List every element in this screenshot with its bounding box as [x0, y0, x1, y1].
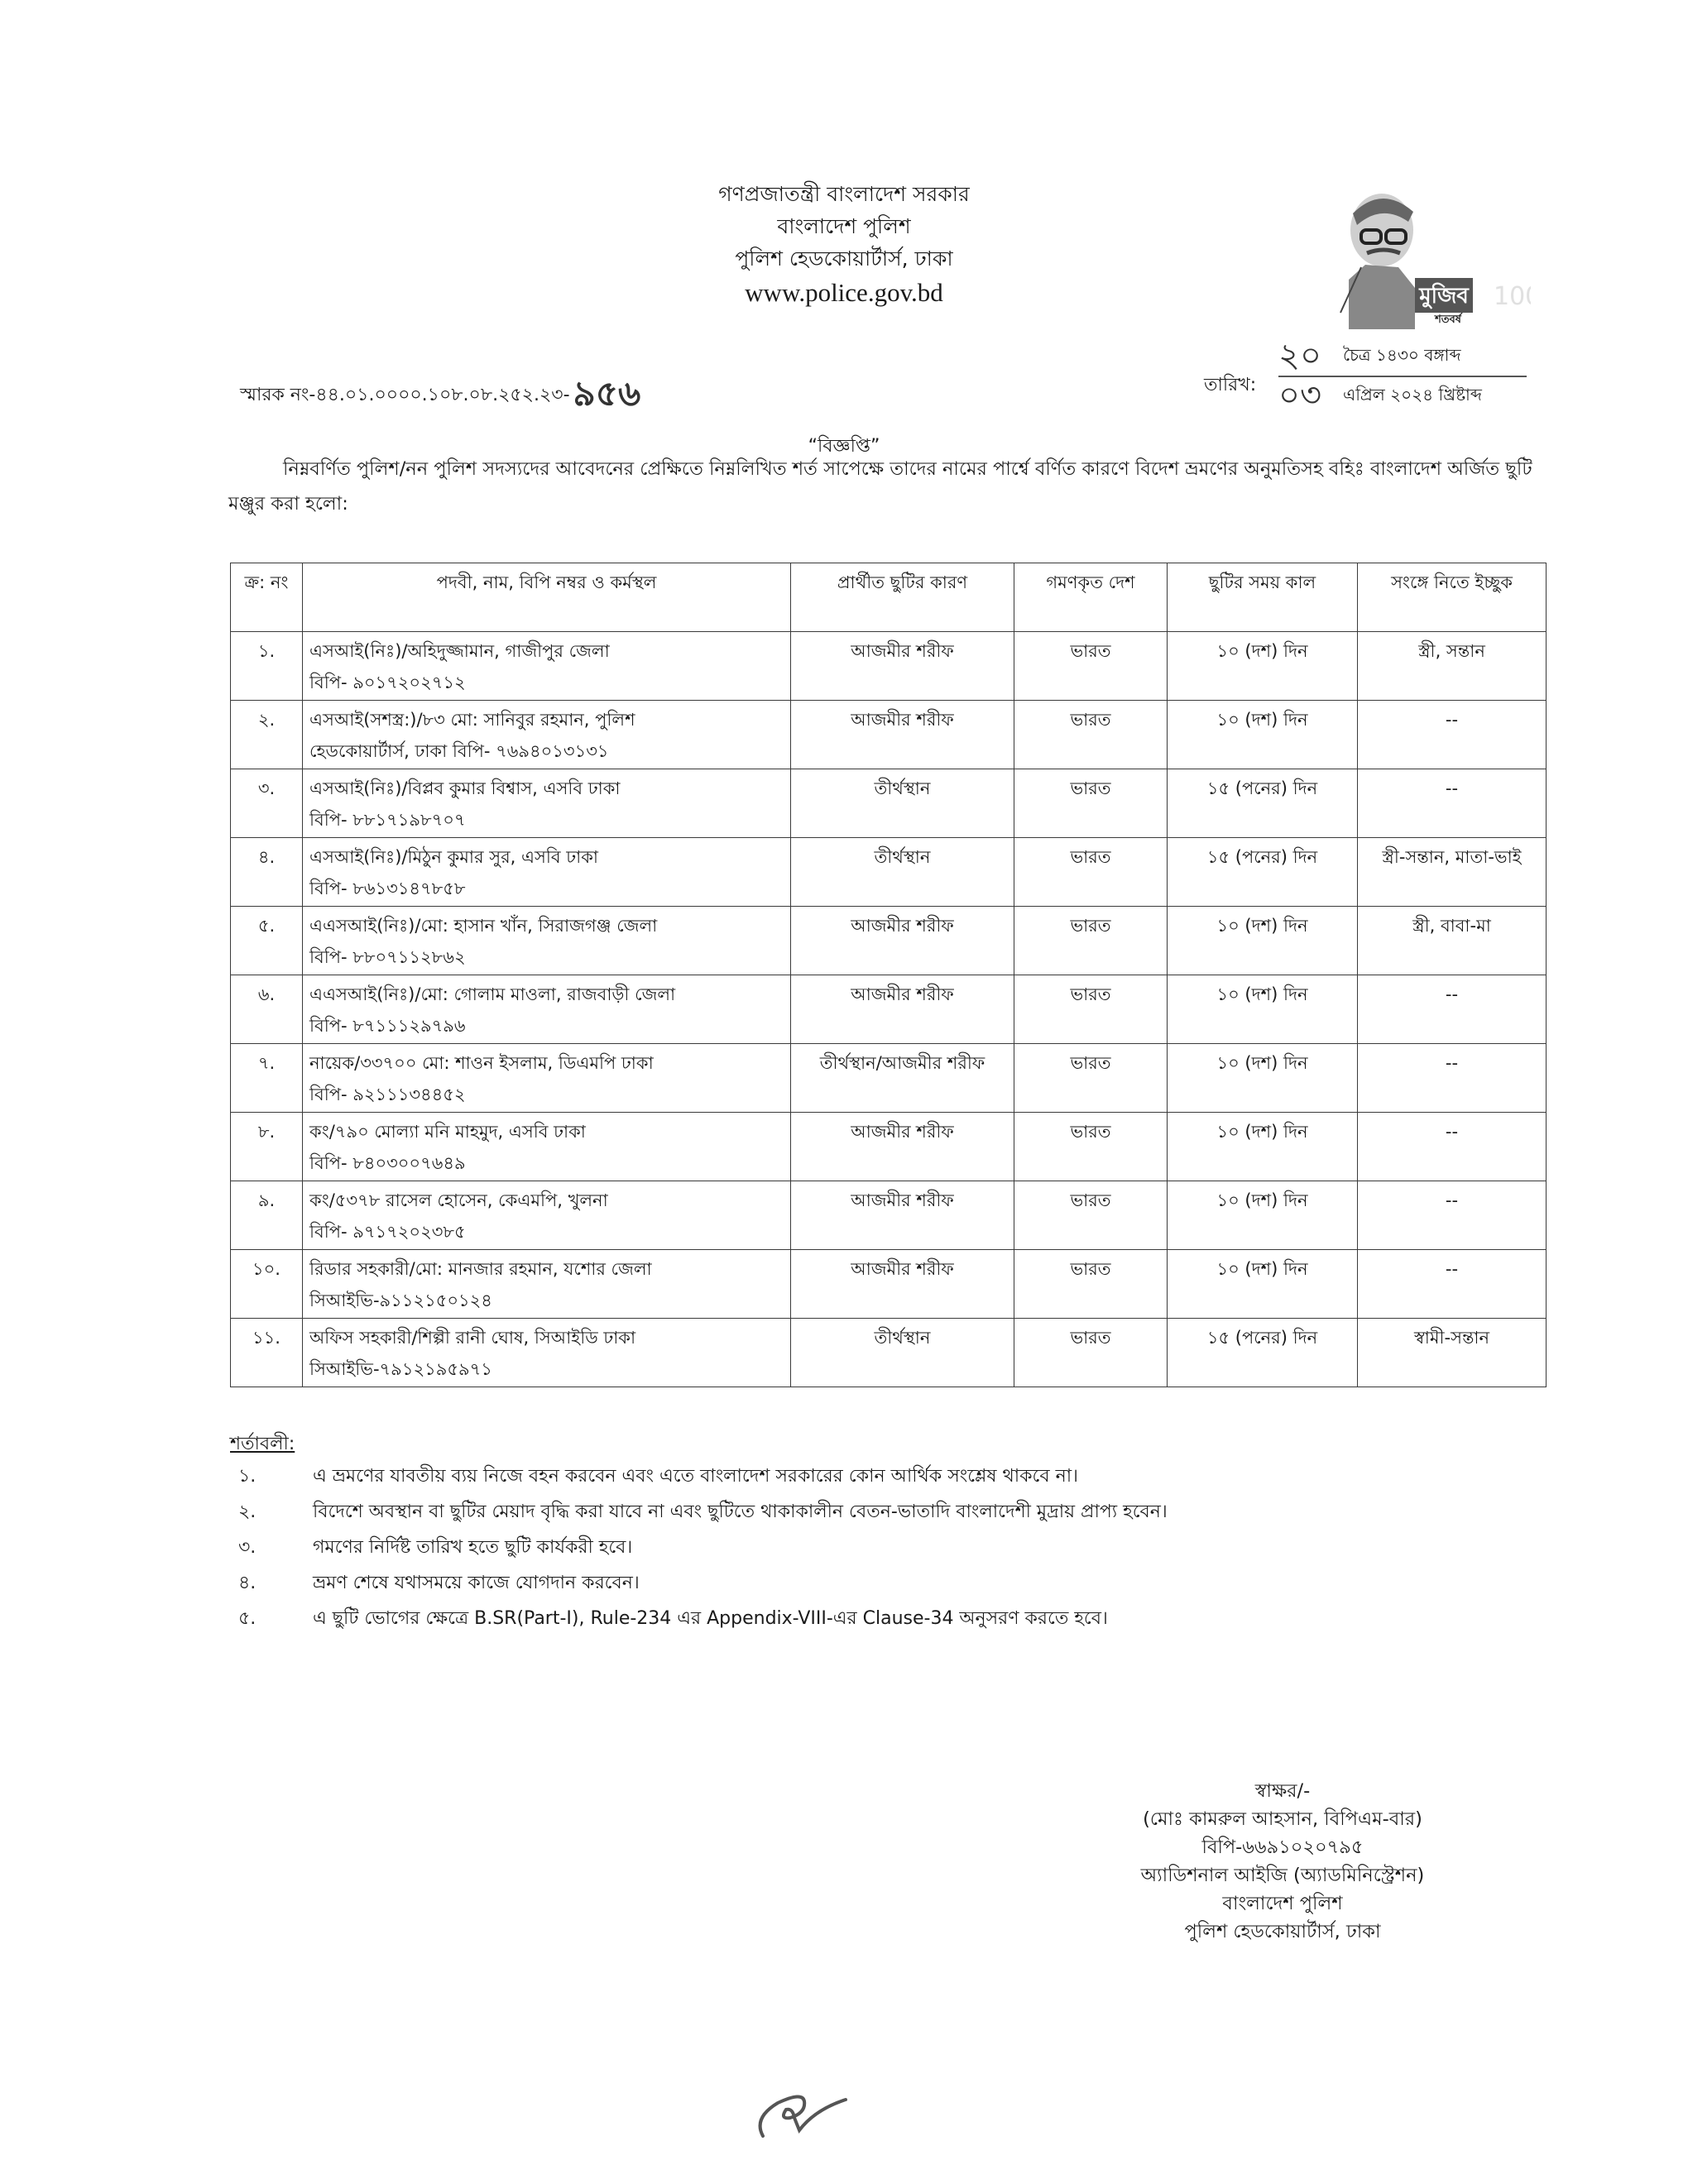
serial-cell: ২. — [231, 701, 303, 769]
duration-cell: ১০ (দশ) দিন — [1168, 1181, 1358, 1250]
date-block: ২০ চৈত্র ১৪৩০ বঙ্গাব্দ ০৩ এপ্রিল ২০২৪ খ্… — [1278, 338, 1527, 415]
serial-cell: ৫. — [231, 907, 303, 975]
companions-cell: স্ত্রী-সন্তান, মাতা-ভাই — [1358, 838, 1547, 907]
id-line: বিপি- ৮৮১৭১৯৮৭০৭ — [309, 804, 784, 836]
date-label: তারিখ: — [1204, 371, 1256, 401]
col-reason: প্রার্থীত ছুটির কারণ — [791, 563, 1014, 632]
letterhead: গণপ্রজাতন্ত্রী বাংলাদেশ সরকার বাংলাদেশ প… — [579, 178, 1109, 311]
name-line: এএসআই(নিঃ)/মো: গোলাম মাওলা, রাজবাড়ী জেল… — [309, 979, 784, 1010]
condition-number: ১. — [230, 1462, 313, 1492]
reason-cell: তীর্থস্থান/আজমীর শরীফ — [791, 1044, 1014, 1113]
companions-cell: -- — [1358, 701, 1547, 769]
reason-cell: আজমীর শরীফ — [791, 975, 1014, 1044]
duration-cell: ১৫ (পনের) দিন — [1168, 1319, 1358, 1387]
website-link[interactable]: www.police.gov.bd — [579, 275, 1109, 311]
companions-cell: -- — [1358, 769, 1547, 838]
country-cell: ভারত — [1014, 769, 1168, 838]
serial-cell: ৪. — [231, 838, 303, 907]
id-line: হেডকোয়ার্টার্স, ঢাকা বিপি- ৭৬৯৪০১৩১৩১ — [309, 735, 784, 767]
id-line: বিপি- ৮৭১১১২৯৭৯৬ — [309, 1010, 784, 1042]
country-cell: ভারত — [1014, 838, 1168, 907]
reason-cell: তীর্থস্থান — [791, 1319, 1014, 1387]
serial-cell: ৬. — [231, 975, 303, 1044]
country-cell: ভারত — [1014, 907, 1168, 975]
duration-cell: ১০ (দশ) দিন — [1168, 1113, 1358, 1181]
condition-number: ৩. — [230, 1533, 313, 1564]
name-line: কং/৭৯০ মোল্যা মনি মাহমুদ, এসবি ঢাকা — [309, 1116, 784, 1147]
col-name: পদবী, নাম, বিপি নম্বর ও কর্মস্থল — [303, 563, 791, 632]
condition-text: এ ছুটি ভোগের ক্ষেত্রে B.SR(Part-I), Rule… — [313, 1604, 1108, 1635]
name-cell: অফিস সহকারী/শিল্পী রানী ঘোষ, সিআইডি ঢাকা… — [303, 1319, 791, 1387]
signatory-designation: অ্যাডিশনাল আইজি (অ্যাডমিনিস্ট্রেশন) — [1051, 1861, 1514, 1889]
serial-cell: ৯. — [231, 1181, 303, 1250]
signatory-org: বাংলাদেশ পুলিশ — [1051, 1889, 1514, 1918]
id-line: সিআইভি-৭৯১২১৯৫৯৭১ — [309, 1353, 784, 1385]
table-body: ১. এসআই(নিঃ)/অহিদুজ্জামান, গাজীপুর জেলা … — [231, 632, 1547, 1387]
name-line: এসআই(সশস্ত্র:)/৮৩ মো: সানিবুর রহমান, পুল… — [309, 704, 784, 735]
name-line: রিডার সহকারী/মো: মানজার রহমান, যশোর জেলা — [309, 1253, 784, 1285]
mujib-borsho-logo-icon: মুজিব শতবর্ষ 100 — [1316, 189, 1531, 329]
leave-table: ক্র: নং পদবী, নাম, বিপি নম্বর ও কর্মস্থল… — [230, 563, 1547, 1387]
condition-number: ৪. — [230, 1569, 313, 1599]
condition-text: বিদেশে অবস্থান বা ছুটির মেয়াদ বৃদ্ধি কর… — [313, 1497, 1168, 1528]
country-cell: ভারত — [1014, 701, 1168, 769]
table-row: ৮. কং/৭৯০ মোল্যা মনি মাহমুদ, এসবি ঢাকা ব… — [231, 1113, 1547, 1181]
notice-intro: নিম্নবর্ণিত পুলিশ/নন পুলিশ সদস্যদের আবেদ… — [228, 452, 1544, 521]
name-line: এসআই(নিঃ)/বিপ্লব কুমার বিশ্বাস, এসবি ঢাক… — [309, 773, 784, 804]
id-line: সিআইভি-৯১১২১৫০১২৪ — [309, 1285, 784, 1316]
id-line: বিপি- ৯৭১৭২০২৩৮৫ — [309, 1216, 784, 1248]
id-line: বিপি- ৮৮০৭১১২৮৬২ — [309, 941, 784, 973]
reason-cell: আজমীর শরীফ — [791, 907, 1014, 975]
reason-cell: আজমীর শরীফ — [791, 1181, 1014, 1250]
id-line: বিপি- ৮৪০৩০০৭৬৪৯ — [309, 1147, 784, 1179]
serial-cell: ১. — [231, 632, 303, 701]
memo-label: স্মারক নং-৪৪.০১.০০০০.১০৮.০৮.২৫২.২৩- — [240, 385, 570, 405]
reason-cell: তীর্থস্থান — [791, 769, 1014, 838]
condition-item: ২. বিদেশে অবস্থান বা ছুটির মেয়াদ বৃদ্ধি… — [230, 1495, 1554, 1530]
country-cell: ভারত — [1014, 1181, 1168, 1250]
table-row: ২. এসআই(সশস্ত্র:)/৮৩ মো: সানিবুর রহমান, … — [231, 701, 1547, 769]
signature-block: স্বাক্ষর/- (মোঃ কামরুল আহসান, বিপিএম-বার… — [1051, 1777, 1514, 1946]
condition-item: ৩. গমণের নির্দিষ্ট তারিখ হতে ছুটি কার্যক… — [230, 1530, 1554, 1566]
serial-cell: ৭. — [231, 1044, 303, 1113]
country-cell: ভারত — [1014, 1250, 1168, 1319]
condition-number: ৫. — [230, 1604, 313, 1635]
name-cell: এসআই(নিঃ)/অহিদুজ্জামান, গাজীপুর জেলা বিপ… — [303, 632, 791, 701]
name-cell: এএসআই(নিঃ)/মো: হাসান খাঁন, সিরাজগঞ্জ জেল… — [303, 907, 791, 975]
companions-cell: -- — [1358, 1113, 1547, 1181]
handwritten-initial-icon — [745, 2085, 852, 2146]
col-serial: ক্র: নং — [231, 563, 303, 632]
table-row: ১. এসআই(নিঃ)/অহিদুজ্জামান, গাজীপুর জেলা … — [231, 632, 1547, 701]
name-cell: কং/৭৯০ মোল্যা মনি মাহমুদ, এসবি ঢাকা বিপি… — [303, 1113, 791, 1181]
bengali-month-year: চৈত্র ১৪৩০ বঙ্গাব্দ — [1343, 343, 1461, 371]
country-cell: ভারত — [1014, 632, 1168, 701]
serial-cell: ৩. — [231, 769, 303, 838]
name-line: অফিস সহকারী/শিল্পী রানী ঘোষ, সিআইডি ঢাকা — [309, 1322, 784, 1353]
country-cell: ভারত — [1014, 1113, 1168, 1181]
companions-cell: -- — [1358, 1181, 1547, 1250]
reason-cell: আজমীর শরীফ — [791, 1250, 1014, 1319]
reason-cell: আজমীর শরীফ — [791, 632, 1014, 701]
companions-cell: স্বামী-সন্তান — [1358, 1319, 1547, 1387]
table-row: ৯. কং/৫৩৭৮ রাসেল হোসেন, কেএমপি, খুলনা বি… — [231, 1181, 1547, 1250]
signatory-office: পুলিশ হেডকোয়ার্টার্স, ঢাকা — [1051, 1918, 1514, 1946]
duration-cell: ১৫ (পনের) দিন — [1168, 769, 1358, 838]
companions-cell: -- — [1358, 1044, 1547, 1113]
reason-cell: তীর্থস্থান — [791, 838, 1014, 907]
signatory-bp: বিপি-৬৬৯১০২০৭৯৫ — [1051, 1833, 1514, 1861]
duration-cell: ১০ (দশ) দিন — [1168, 975, 1358, 1044]
name-cell: রিডার সহকারী/মো: মানজার রহমান, যশোর জেলা… — [303, 1250, 791, 1319]
country-cell: ভারত — [1014, 975, 1168, 1044]
duration-cell: ১০ (দশ) দিন — [1168, 701, 1358, 769]
duration-cell: ১৫ (পনের) দিন — [1168, 838, 1358, 907]
government-name: গণপ্রজাতন্ত্রী বাংলাদেশ সরকার — [579, 178, 1109, 210]
duration-cell: ১০ (দশ) দিন — [1168, 1044, 1358, 1113]
table-header-row: ক্র: নং পদবী, নাম, বিপি নম্বর ও কর্মস্থল… — [231, 563, 1547, 632]
svg-text:100: 100 — [1494, 282, 1531, 311]
gregorian-date: ০৩ এপ্রিল ২০২৪ খ্রিষ্টাব্দ — [1278, 376, 1527, 415]
name-cell: এসআই(নিঃ)/বিপ্লব কুমার বিশ্বাস, এসবি ঢাক… — [303, 769, 791, 838]
table-row: ১১. অফিস সহকারী/শিল্পী রানী ঘোষ, সিআইডি … — [231, 1319, 1547, 1387]
table-row: ৩. এসআই(নিঃ)/বিপ্লব কুমার বিশ্বাস, এসবি … — [231, 769, 1547, 838]
companions-cell: -- — [1358, 1250, 1547, 1319]
id-line: বিপি- ৮৬১৩১৪৭৮৫৮ — [309, 873, 784, 904]
name-line: এসআই(নিঃ)/মিঠুন কুমার সুর, এসবি ঢাকা — [309, 841, 784, 873]
col-country: গমণকৃত দেশ — [1014, 563, 1168, 632]
name-cell: এসআই(নিঃ)/মিঠুন কুমার সুর, এসবি ঢাকা বিপ… — [303, 838, 791, 907]
table-row: ৭. নায়েক/৩৩৭০০ মো: শাওন ইসলাম, ডিএমপি ঢ… — [231, 1044, 1547, 1113]
svg-text:শতবর্ষ: শতবর্ষ — [1434, 312, 1463, 326]
id-line: বিপি- ৯২১১১৩৪৪৫২ — [309, 1079, 784, 1110]
reason-cell: আজমীর শরীফ — [791, 701, 1014, 769]
memo-handwritten-number: ৯৫৬ — [573, 373, 641, 414]
duration-cell: ১০ (দশ) দিন — [1168, 1250, 1358, 1319]
condition-item: ৫. এ ছুটি ভোগের ক্ষেত্রে B.SR(Part-I), R… — [230, 1602, 1554, 1637]
serial-cell: ৮. — [231, 1113, 303, 1181]
companions-cell: স্ত্রী, সন্তান — [1358, 632, 1547, 701]
name-line: কং/৫৩৭৮ রাসেল হোসেন, কেএমপি, খুলনা — [309, 1185, 784, 1216]
signatory-name: (মোঃ কামরুল আহসান, বিপিএম-বার) — [1051, 1805, 1514, 1833]
office-name: পুলিশ হেডকোয়ার্টার্স, ঢাকা — [579, 242, 1109, 275]
country-cell: ভারত — [1014, 1319, 1168, 1387]
conditions-title: শর্তাবলী: — [230, 1430, 295, 1460]
condition-text: ভ্রমণ শেষে যথাসময়ে কাজে যোগদান করবেন। — [313, 1569, 640, 1599]
companions-cell: -- — [1358, 975, 1547, 1044]
name-cell: নায়েক/৩৩৭০০ মো: শাওন ইসলাম, ডিএমপি ঢাকা… — [303, 1044, 791, 1113]
gregorian-day: ০৩ — [1278, 369, 1343, 424]
duration-cell: ১০ (দশ) দিন — [1168, 907, 1358, 975]
department-name: বাংলাদেশ পুলিশ — [579, 210, 1109, 242]
svg-text:মুজিব: মুজিব — [1418, 282, 1470, 309]
col-duration: ছুটির সময় কাল — [1168, 563, 1358, 632]
condition-item: ১. এ ভ্রমণের যাবতীয় ব্যয় নিজে বহন করবে… — [230, 1459, 1554, 1495]
serial-cell: ১০. — [231, 1250, 303, 1319]
name-cell: কং/৫৩৭৮ রাসেল হোসেন, কেএমপি, খুলনা বিপি-… — [303, 1181, 791, 1250]
companions-cell: স্ত্রী, বাবা-মা — [1358, 907, 1547, 975]
condition-number: ২. — [230, 1497, 313, 1528]
id-line: বিপি- ৯০১৭২০২৭১২ — [309, 667, 784, 698]
name-line: এএসআই(নিঃ)/মো: হাসান খাঁন, সিরাজগঞ্জ জেল… — [309, 910, 784, 941]
condition-text: গমণের নির্দিষ্ট তারিখ হতে ছুটি কার্যকরী … — [313, 1533, 632, 1564]
conditions-list: ১. এ ভ্রমণের যাবতীয় ব্যয় নিজে বহন করবে… — [230, 1459, 1554, 1637]
name-cell: এএসআই(নিঃ)/মো: গোলাম মাওলা, রাজবাড়ী জেল… — [303, 975, 791, 1044]
country-cell: ভারত — [1014, 1044, 1168, 1113]
duration-cell: ১০ (দশ) দিন — [1168, 632, 1358, 701]
table-row: ৬. এএসআই(নিঃ)/মো: গোলাম মাওলা, রাজবাড়ী … — [231, 975, 1547, 1044]
gregorian-month-year: এপ্রিল ২০২৪ খ্রিষ্টাব্দ — [1343, 383, 1482, 410]
name-cell: এসআই(সশস্ত্র:)/৮৩ মো: সানিবুর রহমান, পুল… — [303, 701, 791, 769]
condition-text: এ ভ্রমণের যাবতীয় ব্যয় নিজে বহন করবেন এ… — [313, 1462, 1078, 1492]
table-row: ৪. এসআই(নিঃ)/মিঠুন কুমার সুর, এসবি ঢাকা … — [231, 838, 1547, 907]
table-row: ৫. এএসআই(নিঃ)/মো: হাসান খাঁন, সিরাজগঞ্জ … — [231, 907, 1547, 975]
table-row: ১০. রিডার সহকারী/মো: মানজার রহমান, যশোর … — [231, 1250, 1547, 1319]
reason-cell: আজমীর শরীফ — [791, 1113, 1014, 1181]
name-line: এসআই(নিঃ)/অহিদুজ্জামান, গাজীপুর জেলা — [309, 635, 784, 667]
name-line: নায়েক/৩৩৭০০ মো: শাওন ইসলাম, ডিএমপি ঢাকা — [309, 1047, 784, 1079]
col-companions: সংঙ্গে নিতে ইচ্ছুক — [1358, 563, 1547, 632]
serial-cell: ১১. — [231, 1319, 303, 1387]
signed-mark: স্বাক্ষর/- — [1051, 1777, 1514, 1805]
memo-number: স্মারক নং-৪৪.০১.০০০০.১০৮.০৮.২৫২.২৩-৯৫৬ — [240, 366, 640, 425]
condition-item: ৪. ভ্রমণ শেষে যথাসময়ে কাজে যোগদান করবেন… — [230, 1566, 1554, 1602]
